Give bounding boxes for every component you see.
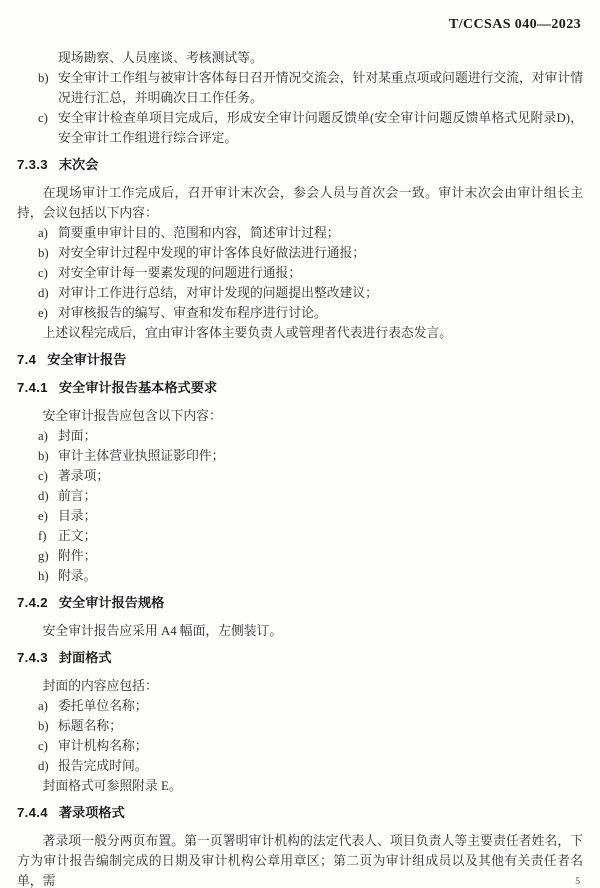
heading-title: 安全审计报告规格 — [59, 595, 165, 610]
list-item: g) 附件； — [17, 546, 583, 566]
section-heading-7-4-2: 7.4.2安全审计报告规格 — [17, 593, 583, 613]
list-item: b) 对安全审计过程中发现的审计客体良好做法进行通报； — [17, 243, 583, 263]
list-item: a) 委托单位名称； — [17, 696, 583, 716]
document-page: T/CCSAS 040—2023 现场勘察、人员座谈、考核测试等。 b) 安全审… — [0, 0, 600, 888]
section-heading-7-4-3: 7.4.3封面格式 — [17, 648, 583, 668]
list-marker: e) — [38, 506, 48, 526]
list-marker: e) — [38, 303, 48, 323]
section-heading-7-4-1: 7.4.1安全审计报告基本格式要求 — [17, 378, 583, 398]
paragraph: 安全审计报告应包含以下内容： — [17, 406, 583, 426]
heading-number: 7.3.3 — [17, 157, 48, 172]
list-marker: c) — [38, 108, 48, 128]
heading-number: 7.4.1 — [17, 380, 48, 395]
page-number: 5 — [575, 872, 580, 888]
heading-title: 封面格式 — [59, 650, 112, 665]
list-text: 目录； — [58, 509, 96, 523]
heading-title: 安全审计报告 — [47, 352, 126, 367]
list-marker: b) — [38, 716, 49, 736]
paragraph: 封面的内容应包括： — [17, 676, 583, 696]
list-text: 对审核报告的编写、审查和发布程序进行讨论。 — [58, 306, 327, 320]
list-text: 著录项； — [58, 469, 109, 483]
list-text: 封面； — [58, 429, 96, 443]
page-content: 现场勘察、人员座谈、考核测试等。 b) 安全审计工作组与被审计客体每日召开情况交… — [17, 48, 583, 888]
list-marker: a) — [38, 696, 48, 716]
list-marker: d) — [38, 486, 49, 506]
list-item: a) 简要重申审计目的、范围和内容，简述审计过程； — [17, 223, 583, 243]
list-text: 正文； — [58, 529, 96, 543]
list-marker: h) — [38, 566, 49, 586]
list-item: c) 著录项； — [17, 466, 583, 486]
list-marker: a) — [38, 223, 48, 243]
paragraph: 上述议程完成后，宜由审计客体主要负责人或管理者代表进行表态发言。 — [17, 323, 583, 343]
list-item: d) 对审计工作进行总结，对审计发现的问题提出整改建议； — [17, 283, 583, 303]
list-marker: f) — [38, 526, 47, 546]
list-item: f) 正文； — [17, 526, 583, 546]
list-marker: b) — [38, 68, 49, 88]
list-text: 安全审计工作组与被审计客体每日召开情况交流会，针对某重点项或问题进行交流，对审计… — [58, 71, 583, 105]
list-marker: b) — [38, 446, 49, 466]
list-item: h) 附录。 — [17, 566, 583, 586]
list-text: 委托单位名称； — [58, 699, 148, 713]
list-text: 标题名称； — [58, 719, 122, 733]
heading-number: 7.4.4 — [17, 805, 48, 820]
list-item: b) 标题名称； — [17, 716, 583, 736]
paragraph: 封面格式可参照附录 E。 — [17, 776, 583, 796]
list-item: b) 审计主体营业执照证影印件； — [17, 446, 583, 466]
heading-number: 7.4.2 — [17, 595, 48, 610]
list-marker: c) — [38, 466, 48, 486]
list-marker: d) — [38, 756, 49, 776]
heading-title: 著录项格式 — [59, 805, 125, 820]
list-marker: c) — [38, 263, 48, 283]
heading-number: 7.4 — [17, 352, 36, 367]
heading-title: 安全审计报告基本格式要求 — [59, 380, 217, 395]
list-text: 报告完成时间。 — [58, 759, 148, 773]
list-item: d) 前言； — [17, 486, 583, 506]
list-marker: a) — [38, 426, 48, 446]
list-item: a) 封面； — [17, 426, 583, 446]
section-heading-7-4: 7.4安全审计报告 — [17, 350, 583, 370]
section-heading-7-4-4: 7.4.4著录项格式 — [17, 803, 583, 823]
list-marker: d) — [38, 283, 49, 303]
paragraph: 著录项一般分两页布置。第一页署明审计机构的法定代表人、项目负责人等主要责任者姓名… — [17, 831, 583, 888]
list-text: 对安全审计过程中发现的审计客体良好做法进行通报； — [58, 246, 365, 260]
list-text: 前言； — [58, 489, 96, 503]
list-marker: c) — [38, 736, 48, 756]
list-item: e) 目录； — [17, 506, 583, 526]
section-heading-7-3-3: 7.3.3末次会 — [17, 155, 583, 175]
list-text: 审计主体营业执照证影印件； — [58, 449, 224, 463]
list-text: 审计机构名称； — [58, 739, 148, 753]
list-item: c) 安全审计检查单项目完成后，形成安全审计问题反馈单(安全审计问题反馈单格式见… — [17, 108, 583, 148]
heading-title: 末次会 — [59, 157, 99, 172]
list-item: c) 审计机构名称； — [17, 736, 583, 756]
list-marker: g) — [38, 546, 49, 566]
paragraph: 安全审计报告应采用 A4 幅面，左侧装订。 — [17, 621, 583, 641]
list-text: 简要重申审计目的、范围和内容，简述审计过程； — [58, 226, 340, 240]
list-text: 对安全审计每一要素发现的问题进行通报； — [58, 266, 301, 280]
paragraph: 在现场审计工作完成后，召开审计末次会，参会人员与首次会一致。审计末次会由审计组长… — [17, 183, 583, 223]
list-text: 安全审计检查单项目完成后，形成安全审计问题反馈单(安全审计问题反馈单格式见附录D… — [58, 111, 583, 145]
list-item: d) 报告完成时间。 — [17, 756, 583, 776]
list-item: c) 对安全审计每一要素发现的问题进行通报； — [17, 263, 583, 283]
heading-number: 7.4.3 — [17, 650, 48, 665]
list-text: 附件； — [58, 549, 96, 563]
doc-number: T/CCSAS 040—2023 — [449, 15, 581, 35]
list-item: b) 安全审计工作组与被审计客体每日召开情况交流会，针对某重点项或问题进行交流，… — [17, 68, 583, 108]
list-text: 对审计工作进行总结，对审计发现的问题提出整改建议； — [58, 286, 378, 300]
list-item: e) 对审核报告的编写、审查和发布程序进行讨论。 — [17, 303, 583, 323]
list-text: 附录。 — [58, 569, 96, 583]
list-marker: b) — [38, 243, 49, 263]
list-item-continuation: 现场勘察、人员座谈、考核测试等。 — [58, 48, 583, 68]
